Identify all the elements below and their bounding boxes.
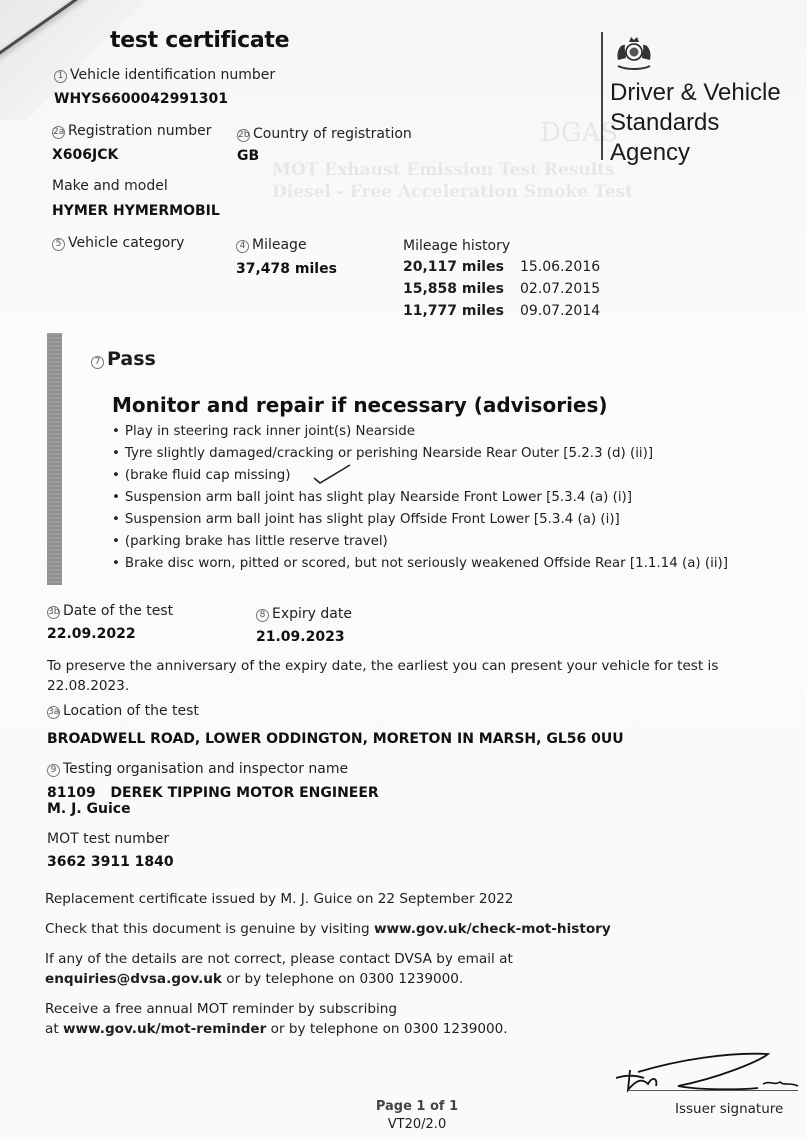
anniversary-note: To preserve the anniversary of the expir…: [47, 656, 718, 696]
vehicle-category-label: 5Vehicle category: [52, 235, 184, 251]
mileage-history-date: 15.06.2016: [520, 256, 600, 278]
mileage-label: 4Mileage: [236, 237, 307, 253]
form-code: VT20/2.0: [372, 1116, 462, 1134]
mileage-history-row: 11,777 miles09.07.2014: [403, 300, 600, 322]
vin-label: 1Vehicle identification number: [54, 67, 275, 83]
field-number-icon: 5: [52, 238, 65, 251]
page-title: test certificate: [110, 28, 289, 53]
mileage-history-miles: 15,858 miles: [403, 278, 520, 300]
registration-label: 2aRegistration number: [52, 123, 212, 139]
logo-divider: [601, 32, 603, 160]
make-model-label: Make and model: [52, 178, 168, 194]
agency-logo-text: Driver & Vehicle Standards Agency: [610, 78, 781, 168]
mileage-history-label: Mileage history: [403, 238, 600, 254]
agency-name-line: Driver & Vehicle: [610, 78, 781, 108]
mileage-history-row: 20,117 miles15.06.2016: [403, 256, 600, 278]
tester-value: 81109 DEREK TIPPING MOTOR ENGINEER M. J.…: [47, 785, 379, 817]
page-number: Page 1 of 1: [372, 1098, 462, 1116]
check-note: Check that this document is genuine by v…: [45, 919, 611, 939]
show-through-text: MOT Exhaust Emission Test Results: [272, 160, 615, 180]
field-number-icon: 3a: [47, 706, 60, 719]
handwritten-signature: [608, 1050, 807, 1095]
certificate-page: DGAS MOT Exhaust Emission Test Results D…: [0, 0, 807, 1140]
show-through-text: Diesel - Free Acceleration Smoke Test: [272, 182, 633, 202]
replacement-note: Replacement certificate issued by M. J. …: [45, 889, 513, 909]
result-status: 7Pass: [91, 348, 156, 370]
contact-note: If any of the details are not correct, p…: [45, 949, 513, 989]
test-number-value: 3662 3911 1840: [47, 854, 174, 870]
make-model-value: HYMER HYMERMOBIL: [52, 203, 220, 219]
field-number-icon: 9: [47, 764, 60, 777]
mileage-history-miles: 11,777 miles: [403, 300, 520, 322]
location-label: 3aLocation of the test: [47, 703, 199, 719]
advisory-item: Suspension arm ball joint has slight pla…: [112, 487, 728, 509]
page-footer: Page 1 of 1 VT20/2.0: [372, 1098, 462, 1134]
test-date-label: 3bDate of the test: [47, 603, 173, 619]
advisory-item: (parking brake has little reserve travel…: [112, 531, 728, 553]
registration-value: X606JCK: [52, 147, 118, 163]
mileage-history-row: 15,858 miles02.07.2015: [403, 278, 600, 300]
field-number-icon: 8: [256, 609, 269, 622]
country-label: 2bCountry of registration: [237, 126, 412, 142]
mileage-history: Mileage history 20,117 miles15.06.201615…: [403, 238, 600, 322]
advisory-item: (brake fluid cap missing): [112, 465, 728, 487]
advisory-item: Suspension arm ball joint has slight pla…: [112, 509, 728, 531]
agency-name-line: Agency: [610, 138, 781, 168]
mot-reminder-link[interactable]: www.gov.uk/mot-reminder: [63, 1021, 266, 1037]
result-indicator-bar: [47, 333, 62, 585]
show-through-text: DGAS: [540, 118, 618, 148]
mileage-history-date: 02.07.2015: [520, 278, 600, 300]
expiry-date-label: 8Expiry date: [256, 606, 352, 622]
field-number-icon: 1: [54, 70, 67, 83]
field-number-icon: 4: [236, 240, 249, 253]
vin-value: WHYS6600042991301: [54, 91, 228, 107]
mileage-history-date: 09.07.2014: [520, 300, 600, 322]
tester-label: 9Testing organisation and inspector name: [47, 761, 348, 777]
handwritten-tick-icon: [312, 462, 352, 486]
reminder-note: Receive a free annual MOT reminder by su…: [45, 999, 508, 1039]
test-date-value: 22.09.2022: [47, 626, 136, 642]
contact-email-link[interactable]: enquiries@dvsa.gov.uk: [45, 971, 222, 987]
mileage-history-miles: 20,117 miles: [403, 256, 520, 278]
advisory-item: Tyre slightly damaged/cracking or perish…: [112, 443, 728, 465]
field-number-icon: 3b: [47, 606, 60, 619]
advisory-item: Play in steering rack inner joint(s) Nea…: [112, 421, 728, 443]
field-number-icon: 2b: [237, 129, 250, 142]
location-value: BROADWELL ROAD, LOWER ODDINGTON, MORETON…: [47, 731, 624, 747]
mileage-value: 37,478 miles: [236, 261, 337, 277]
royal-coat-of-arms-icon: [612, 30, 656, 72]
advisory-item: Brake disc worn, pitted or scored, but n…: [112, 553, 728, 575]
test-number-label: MOT test number: [47, 831, 169, 847]
signature-line: [628, 1090, 798, 1091]
check-history-link[interactable]: www.gov.uk/check-mot-history: [374, 921, 611, 937]
signature-label: Issuer signature: [675, 1101, 783, 1117]
field-number-icon: 2a: [52, 126, 65, 139]
advisories-heading: Monitor and repair if necessary (advisor…: [112, 393, 608, 417]
field-number-icon: 7: [91, 356, 104, 369]
country-value: GB: [237, 148, 259, 164]
expiry-date-value: 21.09.2023: [256, 629, 345, 645]
agency-name-line: Standards: [610, 108, 781, 138]
advisories-list: Play in steering rack inner joint(s) Nea…: [112, 421, 728, 575]
